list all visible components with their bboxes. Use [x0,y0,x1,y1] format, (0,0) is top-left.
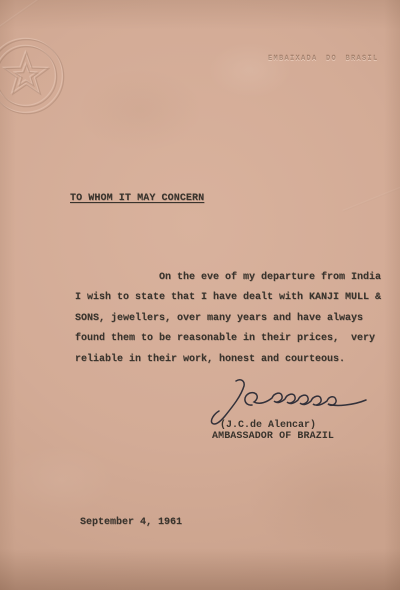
body-line: found them to be reasonable in their pri… [75,329,381,349]
body-line: On the eve of my departure from India [75,268,381,288]
letter-paper: EMBAIXADA DO BRASIL TO WHOM IT MAY CONCE… [0,0,400,590]
letter-date: September 4, 1961 [80,517,182,528]
signer-title: AMBASSADOR OF BRAZIL [212,432,334,443]
body-line: SONS, jewellers, over many years and hav… [75,309,381,329]
paper-crease [343,180,400,212]
signature-block: (J.C.de Alencar) AMBASSADOR OF BRAZIL [212,421,334,443]
letter-heading: TO WHOM IT MAY CONCERN [70,193,204,204]
body-line: reliable in their work, honest and court… [75,350,381,370]
brazil-embossed-seal-icon [0,34,68,118]
letterhead-embossed-text: EMBAIXADA DO BRASIL [268,55,379,63]
body-line: I wish to state that I have dealt with K… [75,288,381,308]
paper-crease [0,0,62,36]
letter-body: On the eve of my departure from India I … [75,268,381,370]
